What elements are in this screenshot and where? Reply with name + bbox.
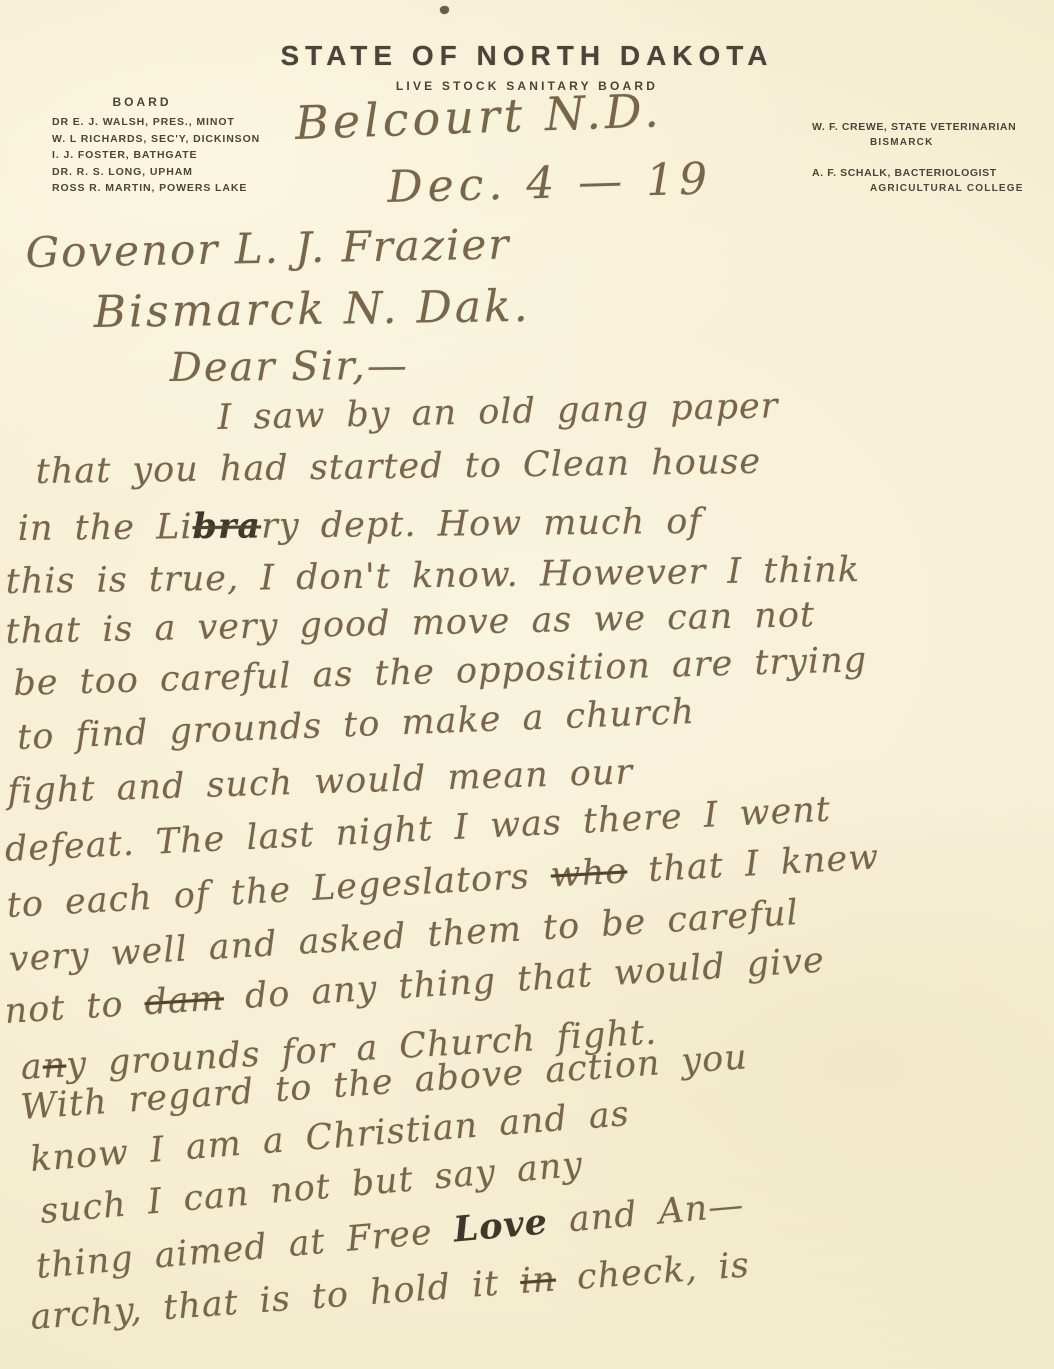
official-location: BISMARCK — [812, 137, 1042, 148]
body-line: that is a very good move as we can not — [5, 595, 815, 652]
body-line: be too careful as the opposition are try… — [13, 640, 868, 704]
board-member: I. J. FOSTER, BATHGATE — [52, 147, 288, 164]
body-text: a — [20, 1047, 44, 1088]
recipient-name-line: Govenor L. J. Frazier — [25, 220, 511, 277]
salutation-line: Dear Sir,— — [170, 343, 409, 391]
body-text: be too careful as the opposition are try… — [13, 640, 868, 704]
body-text: that is a very good move as we can not — [5, 595, 815, 652]
body-line: this is true, I don't know. However I th… — [5, 550, 860, 602]
official-entry: A. F. SCHALK, BACTERIOLOGISTAGRICULTURAL… — [812, 167, 1042, 194]
struck-word: who — [550, 851, 629, 895]
board-member: W. L RICHARDS, SEC'Y, DICKINSON — [52, 131, 288, 148]
recipient-city-line: Bismarck N. Dak. — [93, 281, 531, 338]
body-text: in the Li — [18, 507, 193, 549]
body-text: Love — [452, 1201, 550, 1250]
body-text: ry dept. How much of — [261, 502, 703, 547]
official-location: AGRICULTURAL COLLEGE — [812, 183, 1042, 194]
body-line: that you had started to Clean house — [35, 442, 761, 492]
official-name: A. F. SCHALK, BACTERIOLOGIST — [812, 167, 1042, 179]
body-text: I saw by an old gang paper — [217, 386, 779, 438]
body-text: to find grounds to make a church — [16, 692, 695, 758]
board-member: DR. R. S. LONG, UPHAM — [52, 164, 288, 181]
letterhead: STATE OF NORTH DAKOTA LIVE STOCK SANITAR… — [0, 40, 1054, 93]
board-member: ROSS R. MARTIN, POWERS LAKE — [52, 180, 288, 197]
board-members: DR E. J. WALSH, PRES., MINOTW. L RICHARD… — [52, 114, 288, 197]
body-text: that you had started to Clean house — [35, 442, 761, 492]
board-member: DR E. J. WALSH, PRES., MINOT — [52, 114, 288, 131]
date-line: Dec. 4 — 19 — [387, 154, 713, 213]
place-line: Belcourt N.D. — [294, 83, 663, 150]
official-name: W. F. CREWE, STATE VETERINARIAN — [812, 121, 1042, 133]
board-block: BOARD DR E. J. WALSH, PRES., MINOTW. L R… — [52, 95, 288, 197]
official-entry: W. F. CREWE, STATE VETERINARIANBISMARCK — [812, 121, 1042, 148]
struck-word: bra — [192, 505, 261, 547]
letter-page: STATE OF NORTH DAKOTA LIVE STOCK SANITAR… — [0, 0, 1054, 1369]
struck-word: dam — [143, 978, 225, 1023]
body-line: I saw by an old gang paper — [217, 386, 779, 438]
board-heading: BOARD — [52, 95, 232, 109]
officials-block: W. F. CREWE, STATE VETERINARIANBISMARCKA… — [812, 121, 1042, 194]
body-text: that I knew — [626, 837, 880, 891]
body-text: check, is — [554, 1245, 751, 1299]
body-text: and An— — [546, 1185, 746, 1242]
body-text: not to — [3, 983, 145, 1032]
body-line: to find grounds to make a church — [16, 692, 695, 758]
struck-word: in — [519, 1260, 558, 1303]
body-line: in the Library dept. How much of — [18, 501, 703, 549]
letterhead-title: STATE OF NORTH DAKOTA — [0, 40, 1054, 72]
body-text: this is true, I don't know. However I th… — [5, 550, 860, 602]
struck-word: n — [42, 1046, 68, 1087]
ink-spot — [440, 6, 449, 14]
